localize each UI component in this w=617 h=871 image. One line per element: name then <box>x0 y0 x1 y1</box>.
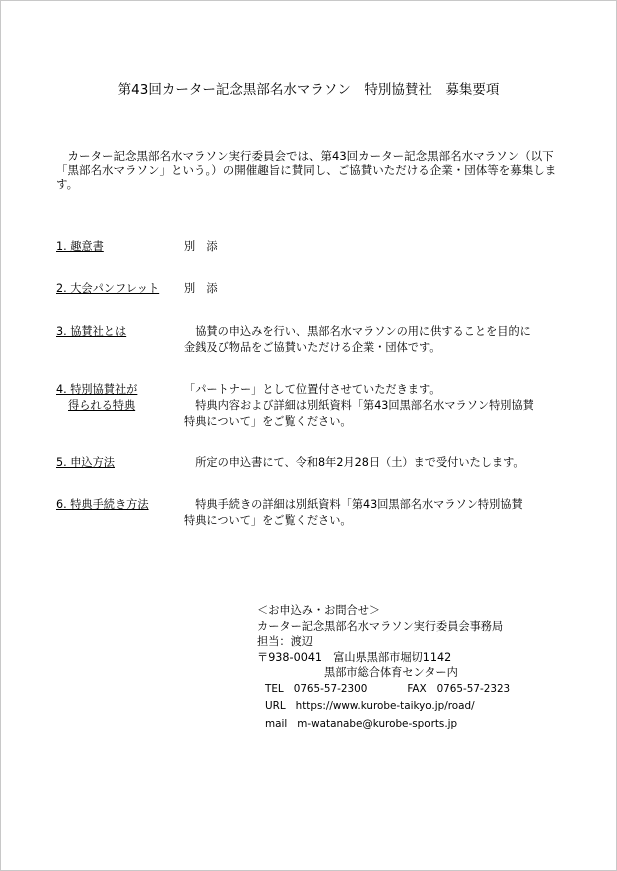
contact-org: カーター記念黒部名水マラソン実行委員会事務局 <box>257 619 510 635</box>
section-body: 特典手続きの詳細は別紙資料「第43回黒部名水マラソン特別協賛 特典について」をご… <box>184 497 574 529</box>
intro-paragraph: カーター記念黒部名水マラソン実行委員会では、第43回カーター記念黒部名水マラソン… <box>56 149 566 191</box>
section-label: 6. 特典手続き方法 <box>56 497 186 513</box>
section-body: 協賛の申込みを行い、黒部名水マラソンの用に供することを目的に 金銭及び物品をご協… <box>184 324 574 356</box>
contact-url-line: URLhttps://www.kurobe-taikyo.jp/road/ <box>257 698 510 716</box>
contact-person: 担当：渡辺 <box>257 634 510 650</box>
contact-email-link[interactable]: m-watanabe@kurobe-sports.jp <box>297 718 457 730</box>
fax-number: 0765-57-2323 <box>437 683 511 695</box>
section-body: 別 添 <box>184 239 574 255</box>
contact-address-building: 黒部市総合体育センター内 <box>257 665 510 681</box>
section-label: 5. 申込方法 <box>56 455 186 471</box>
contact-block: ＜お申込み・お問合せ＞ カーター記念黒部名水マラソン実行委員会事務局 担当：渡辺… <box>257 603 510 733</box>
section-label: 4. 特別協賛社が 得られる特典 <box>56 382 186 414</box>
section-label: 2. 大会パンフレット <box>56 281 186 297</box>
tel-number: 0765-57-2300 <box>294 683 368 695</box>
contact-mail-line: mailm-watanabe@kurobe-sports.jp <box>257 716 510 734</box>
contact-phone-line: TEL0765-57-2300FAX0765-57-2323 <box>257 681 510 699</box>
section-label: 3. 協賛社とは <box>56 324 186 340</box>
section-label: 1. 趣意書 <box>56 239 186 255</box>
section-body: 所定の申込書にて、令和8年2月28日（土）まで受付いたします。 <box>184 455 574 471</box>
section-body: 「パートナー」として位置付させていただきます。 特典内容および詳細は別紙資料「第… <box>184 382 574 430</box>
section-body: 別 添 <box>184 281 574 297</box>
contact-url-link[interactable]: https://www.kurobe-taikyo.jp/road/ <box>296 700 475 712</box>
document-page: 第43回カーター記念黒部名水マラソン 特別協賛社 募集要項 カーター記念黒部名水… <box>0 0 617 871</box>
contact-heading: ＜お申込み・お問合せ＞ <box>257 603 510 619</box>
document-title: 第43回カーター記念黒部名水マラソン 特別協賛社 募集要項 <box>1 78 616 98</box>
contact-address: 〒938-0041 富山県黒部市堀切1142 <box>257 650 510 666</box>
